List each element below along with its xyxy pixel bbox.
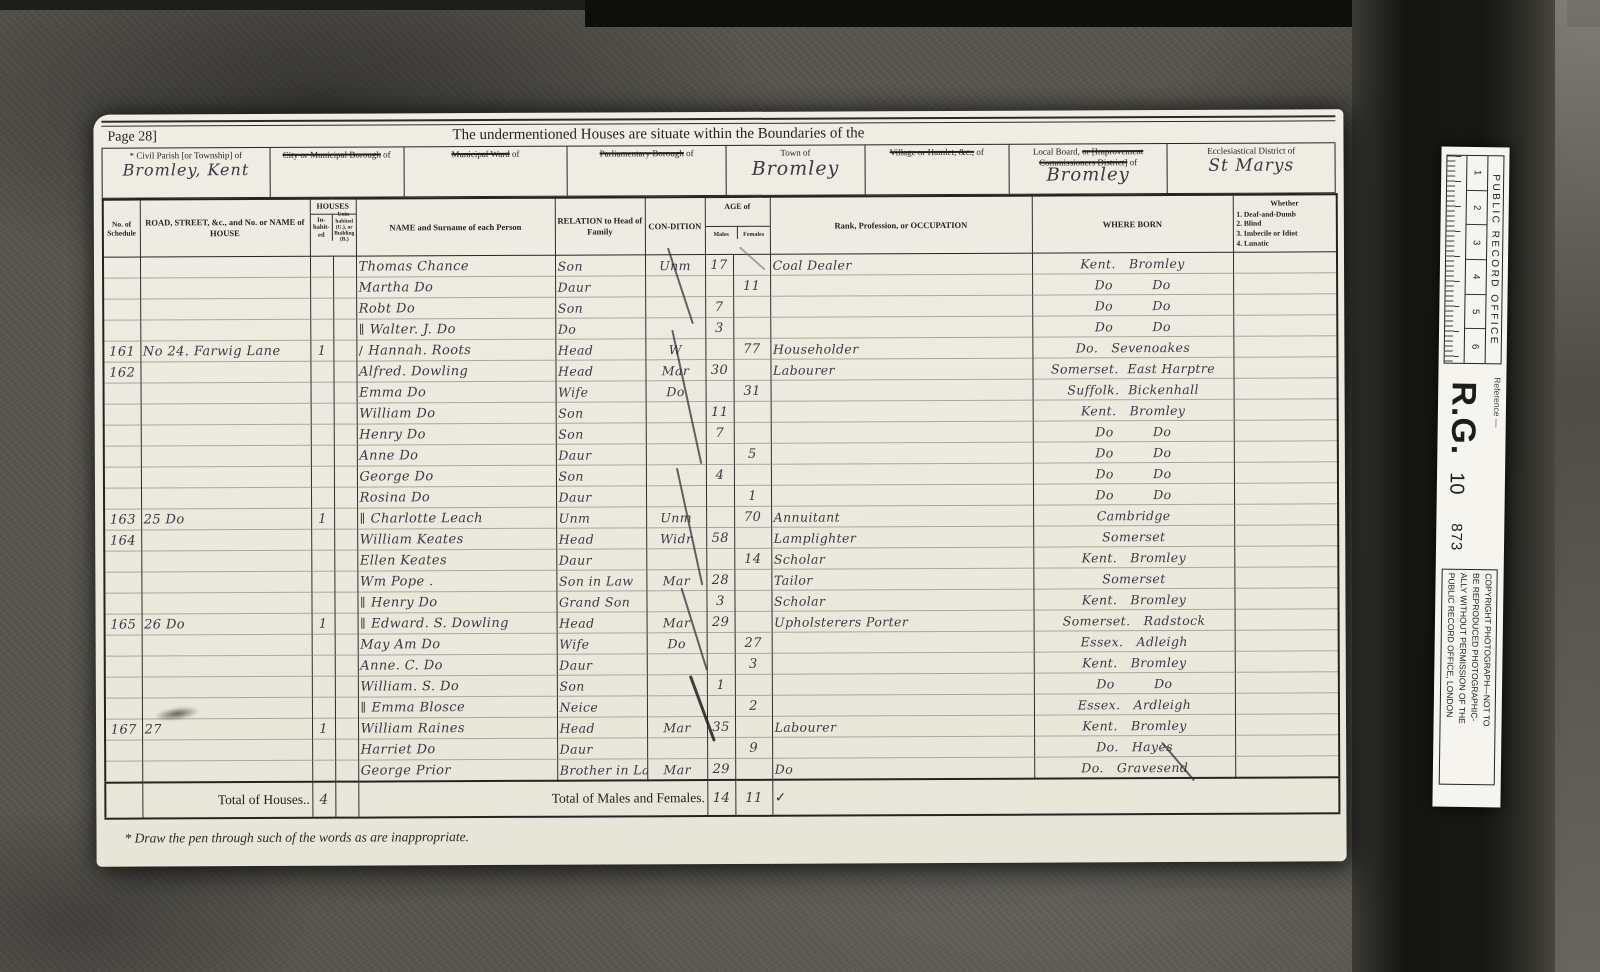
infirm-cell <box>1234 546 1338 567</box>
field-town: Town of Bromley <box>726 145 865 195</box>
age-male-cell: 7 <box>706 422 734 443</box>
age-female-cell <box>734 569 771 590</box>
inhabited-cell: 1 <box>310 340 333 361</box>
relation-cell: Head <box>555 339 645 360</box>
inhabited-cell <box>311 445 334 466</box>
total-males-value: 14 <box>707 780 735 816</box>
inhabited-cell <box>310 319 333 340</box>
age-male-cell: 29 <box>707 611 735 632</box>
condition-cell <box>645 276 705 297</box>
occupation-cell <box>772 652 1034 674</box>
schedule-cell <box>104 467 141 488</box>
age-male-cell: 11 <box>706 401 734 422</box>
infirm-cell <box>1234 441 1338 462</box>
relation-cell: Head <box>557 612 647 633</box>
relation-cell: Neice <box>557 696 647 717</box>
uninhabited-cell <box>333 256 356 277</box>
name-cell: Rosina Do <box>357 486 556 508</box>
col-occupation: Rank, Profession, or OCCUPATION <box>770 196 1032 255</box>
road-cell: 26 Do <box>142 613 312 635</box>
schedule-cell <box>105 698 142 719</box>
road-cell <box>141 571 311 593</box>
infirm-cell <box>1235 630 1339 651</box>
infirm-cell <box>1234 462 1338 483</box>
uninhabited-cell <box>335 655 358 676</box>
age-male-cell <box>706 506 734 527</box>
born-cell: Suffolk. Bickenhall <box>1033 378 1234 400</box>
road-cell <box>142 634 312 656</box>
age-male-cell <box>705 275 733 296</box>
schedule-cell <box>103 320 140 341</box>
born-cell: Do Do <box>1034 672 1235 694</box>
born-cell: Kent. Bromley <box>1034 714 1235 736</box>
road-cell <box>141 424 311 446</box>
schedule-cell <box>105 740 142 761</box>
born-cell: Somerset <box>1033 567 1234 589</box>
inhabited-cell <box>311 592 334 613</box>
infirm-cell <box>1235 672 1339 693</box>
pro-reference-slip: 1 2 3 4 5 6 PUBLIC RECORD OFFICE Referen… <box>1432 147 1509 808</box>
road-cell <box>142 676 312 698</box>
occupation-cell <box>772 631 1034 653</box>
uninhabited-cell <box>334 382 357 403</box>
uninhabited-cell <box>335 760 358 782</box>
age-male-cell <box>706 380 734 401</box>
relation-cell: Daur <box>556 444 646 465</box>
name-cell: George Prior <box>358 759 557 781</box>
occupation-cell: Labourer <box>770 358 1032 380</box>
relation-cell: Grand Son <box>556 591 646 612</box>
age-male-cell: 3 <box>706 590 734 611</box>
occupation-cell: Upholsterers Porter <box>772 610 1034 632</box>
condition-cell: Mar <box>646 570 706 591</box>
road-cell <box>141 382 311 404</box>
condition-cell: Mar <box>647 759 707 781</box>
condition-cell <box>645 318 705 339</box>
infirm-cell <box>1235 651 1339 672</box>
col-road: ROAD, STREET, &c., and No. or NAME of HO… <box>140 199 310 257</box>
born-cell: Essex. Ardleigh <box>1034 693 1235 715</box>
total-houses-label: Total of Houses.. <box>142 782 312 819</box>
col-relation: RELATION to Head of Family <box>555 197 645 255</box>
schedule-cell <box>104 551 141 572</box>
relation-cell: Son <box>557 675 647 696</box>
name-cell: Henry Do <box>357 423 556 445</box>
name-cell: Robt Do <box>356 297 555 319</box>
page-title: The undermentioned Houses are situate wi… <box>93 124 1223 146</box>
inhabited-cell <box>310 298 333 319</box>
age-male-cell: 1 <box>707 674 735 695</box>
age-male-cell: 30 <box>705 359 733 380</box>
uninhabited-cell <box>335 676 358 697</box>
road-cell <box>141 403 311 425</box>
name-cell: Harriet Do <box>358 738 557 760</box>
name-cell: William Raines <box>358 717 557 739</box>
condition-cell: Mar <box>647 717 707 738</box>
born-cell: Do. Hayes <box>1034 735 1235 757</box>
infirm-cell <box>1234 399 1338 420</box>
relation-cell: Brother in Law <box>557 759 647 781</box>
age-male-cell <box>705 338 733 359</box>
occupation-cell <box>771 400 1033 422</box>
born-cell: Somerset. Radstock <box>1034 609 1235 631</box>
relation-cell: Son in Law <box>556 570 646 591</box>
age-female-cell: 11 <box>733 275 770 296</box>
age-female-cell: 31 <box>734 380 771 401</box>
condition-cell: Mar <box>645 360 705 381</box>
occupation-cell <box>771 421 1033 443</box>
occupation-cell <box>770 316 1032 338</box>
infirm-cell <box>1233 273 1337 294</box>
schedule-cell <box>104 488 141 509</box>
age-female-cell <box>734 590 771 611</box>
inhabited-cell <box>312 676 335 697</box>
name-cell: /Hannah. Roots <box>356 339 555 361</box>
occupation-cell <box>772 694 1034 716</box>
infirm-cell <box>1234 504 1338 525</box>
field-civil-parish: * Civil Parish [or Township] of Bromley,… <box>102 148 271 198</box>
born-cell: Do Do <box>1033 462 1234 484</box>
name-cell: May Am Do <box>358 633 557 655</box>
road-cell <box>141 592 311 614</box>
total-people-label: Total of Males and Females. <box>358 780 707 818</box>
col-condition: CON-DITION <box>645 197 705 255</box>
name-cell: ∥Walter. J. Do <box>356 318 555 340</box>
road-cell <box>140 298 310 320</box>
name-cell: William Do <box>357 402 556 424</box>
uninhabited-cell <box>334 466 357 487</box>
born-cell: Essex. Adleigh <box>1034 630 1235 652</box>
field-municipal-ward: Municipal Ward of <box>404 147 568 197</box>
total-houses-value: 4 <box>312 782 335 818</box>
name-cell: Anne Do <box>357 444 556 466</box>
field-local-board: Local Board, or [Improvement Commissione… <box>1009 144 1168 194</box>
inhabited-cell <box>311 382 334 403</box>
schedule-cell <box>104 446 141 467</box>
occupation-cell: Scholar <box>771 589 1033 611</box>
inhabited-cell <box>311 529 334 550</box>
schedule-cell <box>105 677 142 698</box>
age-male-cell: 29 <box>707 758 735 780</box>
born-cell: Do Do <box>1033 420 1234 442</box>
road-cell <box>140 319 310 341</box>
name-cell: Emma Do <box>357 381 556 403</box>
age-female-cell <box>734 464 771 485</box>
infirm-cell <box>1235 756 1339 778</box>
col-males: Males <box>705 227 737 239</box>
schedule-cell: 162 <box>103 362 140 383</box>
infirm-cell <box>1234 483 1338 504</box>
col-schedule: No. of Schedule <box>103 200 140 258</box>
col-age: AGE of Males Females <box>705 197 770 255</box>
uninhabited-cell <box>335 739 358 760</box>
piece-number: 873 <box>1447 523 1464 551</box>
condition-cell <box>647 738 707 759</box>
age-female-cell <box>734 527 771 548</box>
born-cell: Do Do <box>1032 294 1233 316</box>
inhabited-cell <box>310 256 333 277</box>
born-cell: Somerset. East Harptre <box>1032 357 1233 379</box>
uninhabited-cell <box>334 424 357 445</box>
condition-cell: Mar <box>647 612 707 633</box>
infirm-cell <box>1233 357 1337 378</box>
infirm-cell <box>1235 735 1339 756</box>
film-edge-right <box>1555 0 1600 972</box>
series-code: R.G. <box>1443 381 1483 455</box>
uninhabited-cell <box>334 571 357 592</box>
age-female-cell: 1 <box>734 485 771 506</box>
inhabited-cell <box>310 361 333 382</box>
name-cell: ∥Emma Blosce <box>358 696 557 718</box>
relation-cell: Son <box>556 423 646 444</box>
relation-cell: Unm <box>556 507 646 528</box>
inhabited-cell <box>312 760 335 782</box>
infirm-cell <box>1235 609 1339 630</box>
age-male-cell <box>706 485 734 506</box>
uninhabited-cell <box>335 718 358 739</box>
born-cell: Do. Sevenoakes <box>1032 336 1233 358</box>
road-cell <box>140 361 310 383</box>
household-separator-mark: ∥ <box>360 700 366 714</box>
relation-cell: Son <box>555 255 645 276</box>
column-header-row: No. of Schedule ROAD, STREET, &c., and N… <box>103 194 1337 257</box>
series-number: 10 <box>1444 472 1467 495</box>
schedule-cell: 161 <box>103 341 140 362</box>
inhabited-cell <box>312 655 335 676</box>
age-female-cell <box>734 401 771 422</box>
born-cell: Cambridge <box>1033 504 1234 526</box>
schedule-cell <box>103 278 140 299</box>
ruler-numbers: 1 2 3 4 5 6 <box>1465 156 1489 363</box>
header-fields: * Civil Parish [or Township] of Bromley,… <box>102 142 1336 198</box>
schedule-cell: 164 <box>104 530 141 551</box>
schedule-cell: 165 <box>105 614 142 635</box>
inhabited-cell <box>311 550 334 571</box>
occupation-cell: Scholar <box>771 547 1033 569</box>
local-board-value: Bromley <box>1012 164 1164 186</box>
inhabited-cell <box>312 739 335 760</box>
age-male-cell: 3 <box>705 317 733 338</box>
name-cell: Martha Do <box>356 276 555 298</box>
occupation-cell <box>771 484 1033 506</box>
relation-cell: Daur <box>557 738 647 759</box>
enumeration-table: No. of Schedule ROAD, STREET, &c., and N… <box>102 193 1341 819</box>
name-cell: Alfred. Dowling <box>356 360 555 382</box>
infirm-cell <box>1234 567 1338 588</box>
uninhabited-cell <box>334 550 357 571</box>
born-cell: Do. Gravesend <box>1034 756 1235 778</box>
uninhabited-cell <box>334 445 357 466</box>
age-female-cell: 5 <box>734 443 771 464</box>
schedule-cell <box>105 635 142 656</box>
occupation-cell <box>772 736 1034 758</box>
total-females-value: 11 <box>735 780 772 816</box>
age-female-cell: 14 <box>734 548 771 569</box>
occupation-cell: Tailor <box>771 568 1033 590</box>
age-male-cell: 28 <box>706 569 734 590</box>
road-cell <box>142 739 312 761</box>
condition-cell: Widr <box>646 528 706 549</box>
age-male-cell: 58 <box>706 527 734 548</box>
relation-cell: Daur <box>556 549 646 570</box>
age-male-cell: 4 <box>706 464 734 485</box>
relation-cell: Head <box>555 360 645 381</box>
relation-cell: Wife <box>556 381 646 402</box>
age-female-cell: 2 <box>735 695 772 716</box>
schedule-cell <box>105 656 142 677</box>
born-cell: Somerset <box>1033 525 1234 547</box>
age-female-cell <box>733 317 770 338</box>
condition-cell <box>647 654 707 675</box>
inhabited-cell <box>311 466 334 487</box>
infirm-cell <box>1233 336 1337 357</box>
road-cell: 25 Do <box>141 508 311 530</box>
col-born: WHERE BORN <box>1032 195 1233 253</box>
age-male-cell <box>706 443 734 464</box>
infirm-cell <box>1234 378 1338 399</box>
inhabited-cell <box>311 403 334 424</box>
inhabited-cell <box>310 277 333 298</box>
born-cell: Kent. Bromley <box>1034 651 1235 673</box>
name-cell: ∥Charlotte Leach <box>357 507 556 529</box>
uninhabited-cell <box>334 508 357 529</box>
schedule-cell <box>104 383 141 404</box>
road-cell <box>141 445 311 467</box>
name-cell: George Do <box>357 465 556 487</box>
inhabited-cell <box>312 697 335 718</box>
infirm-cell <box>1234 420 1338 441</box>
occupation-cell: Householder <box>770 337 1032 359</box>
occupation-cell <box>771 442 1033 464</box>
occupation-cell: Labourer <box>772 715 1034 737</box>
totals-row: Total of Houses.. 4 Total of Males and F… <box>105 777 1339 818</box>
name-cell: William. S. Do <box>358 675 557 697</box>
infirm-cell <box>1235 714 1339 735</box>
footnote: * Draw the pen through such of the words… <box>124 825 1346 846</box>
col-uninhabited: Unin-habited (U.), or Building (B.) <box>332 215 355 241</box>
schedule-cell: 167 <box>105 719 142 740</box>
inhabited-cell <box>311 571 334 592</box>
born-cell: Do Do <box>1032 315 1233 337</box>
age-female-cell <box>735 758 772 780</box>
name-cell: ∥Edward. S. Dowling <box>358 612 557 634</box>
born-cell: Kent. Bromley <box>1033 399 1234 421</box>
uninhabited-cell <box>335 613 358 634</box>
born-cell: Kent. Bromley <box>1033 588 1234 610</box>
schedule-cell <box>104 593 141 614</box>
uninhabited-cell <box>333 340 356 361</box>
town-value: Bromley <box>730 157 862 180</box>
relation-cell: Daur <box>556 486 646 507</box>
schedule-cell <box>104 572 141 593</box>
born-cell: Do Do <box>1033 483 1234 505</box>
age-female-cell: 27 <box>735 632 772 653</box>
uninhabited-cell <box>333 361 356 382</box>
condition-cell <box>646 486 706 507</box>
name-cell: Wm Pope . <box>357 570 556 592</box>
age-male-cell: 17 <box>705 254 733 275</box>
age-female-cell: 77 <box>733 338 770 359</box>
uninhabited-cell <box>333 298 356 319</box>
age-male-cell <box>707 632 735 653</box>
uninhabited-cell <box>334 403 357 424</box>
field-parliamentary-borough: Parliamentary Borough of <box>568 146 727 196</box>
schedule-cell <box>104 404 141 425</box>
relation-cell: Wife <box>557 633 647 654</box>
civil-parish-value: Bromley, Kent <box>106 160 267 180</box>
age-female-cell: 3 <box>735 653 772 674</box>
inhabited-cell <box>311 487 334 508</box>
infirm-cell <box>1235 693 1339 714</box>
road-cell: 27 <box>142 718 312 740</box>
relation-cell: Son <box>555 297 645 318</box>
name-cell: Anne. C. Do <box>358 654 557 676</box>
schedule-cell <box>105 761 142 783</box>
infirm-cell <box>1234 525 1338 546</box>
condition-cell: Unm <box>646 507 706 528</box>
inhabited-cell <box>311 424 334 445</box>
pro-name: PUBLIC RECORD OFFICE <box>1486 156 1504 363</box>
household-separator-mark: ∥ <box>360 595 366 609</box>
age-female-cell <box>735 611 772 632</box>
col-inhabited: In-habit-ed <box>310 215 332 241</box>
uninhabited-cell <box>334 529 357 550</box>
uninhabited-cell <box>335 697 358 718</box>
road-cell <box>141 550 311 572</box>
road-cell <box>142 655 312 677</box>
age-female-cell <box>733 359 770 380</box>
road-cell <box>141 529 311 551</box>
inhabited-cell: 1 <box>311 508 334 529</box>
census-page: Page 28] The undermentioned Houses are s… <box>93 109 1346 866</box>
ecclesiastical-district-value: St Marys <box>1171 155 1332 176</box>
born-cell: Do Do <box>1032 273 1233 295</box>
road-cell <box>141 466 311 488</box>
uninhabited-cell <box>334 487 357 508</box>
relation-cell: Son <box>556 402 646 423</box>
condition-cell: Do <box>646 381 706 402</box>
infirm-cell <box>1233 294 1337 315</box>
col-houses: HOUSES In-habit-ed Unin-habited (U.), or… <box>310 199 356 257</box>
inhabited-cell: 1 <box>312 718 335 739</box>
schedule-cell: 163 <box>104 509 141 530</box>
inhabited-cell <box>312 634 335 655</box>
household-separator-mark: ∥ <box>359 322 365 336</box>
infirm-cell <box>1233 252 1337 273</box>
slip-ruler-box: 1 2 3 4 5 6 PUBLIC RECORD OFFICE <box>1444 155 1505 365</box>
col-females: Females <box>737 227 770 239</box>
household-separator-mark: ∥ <box>360 616 366 630</box>
household-separator-mark: / <box>359 343 364 357</box>
road-cell <box>140 277 310 299</box>
relation-cell: Daur <box>557 654 647 675</box>
age-male-cell: 7 <box>705 296 733 317</box>
age-male-cell <box>707 737 735 758</box>
age-female-cell <box>735 674 772 695</box>
field-city-borough: City or Municipal Borough of <box>270 147 404 197</box>
field-village: Village or Hamlet, &c., of <box>865 145 1009 195</box>
age-female-cell: 9 <box>735 737 772 758</box>
uninhabited-cell <box>333 319 356 340</box>
age-female-cell <box>735 716 772 737</box>
relation-cell: Daur <box>555 276 645 297</box>
inhabited-cell: 1 <box>312 613 335 634</box>
road-cell: No 24. Farwig Lane <box>140 340 310 362</box>
age-male-cell <box>707 695 735 716</box>
infirm-cell <box>1234 588 1338 609</box>
tally-checkmark: ✓ <box>772 777 1339 815</box>
road-cell <box>140 256 310 278</box>
